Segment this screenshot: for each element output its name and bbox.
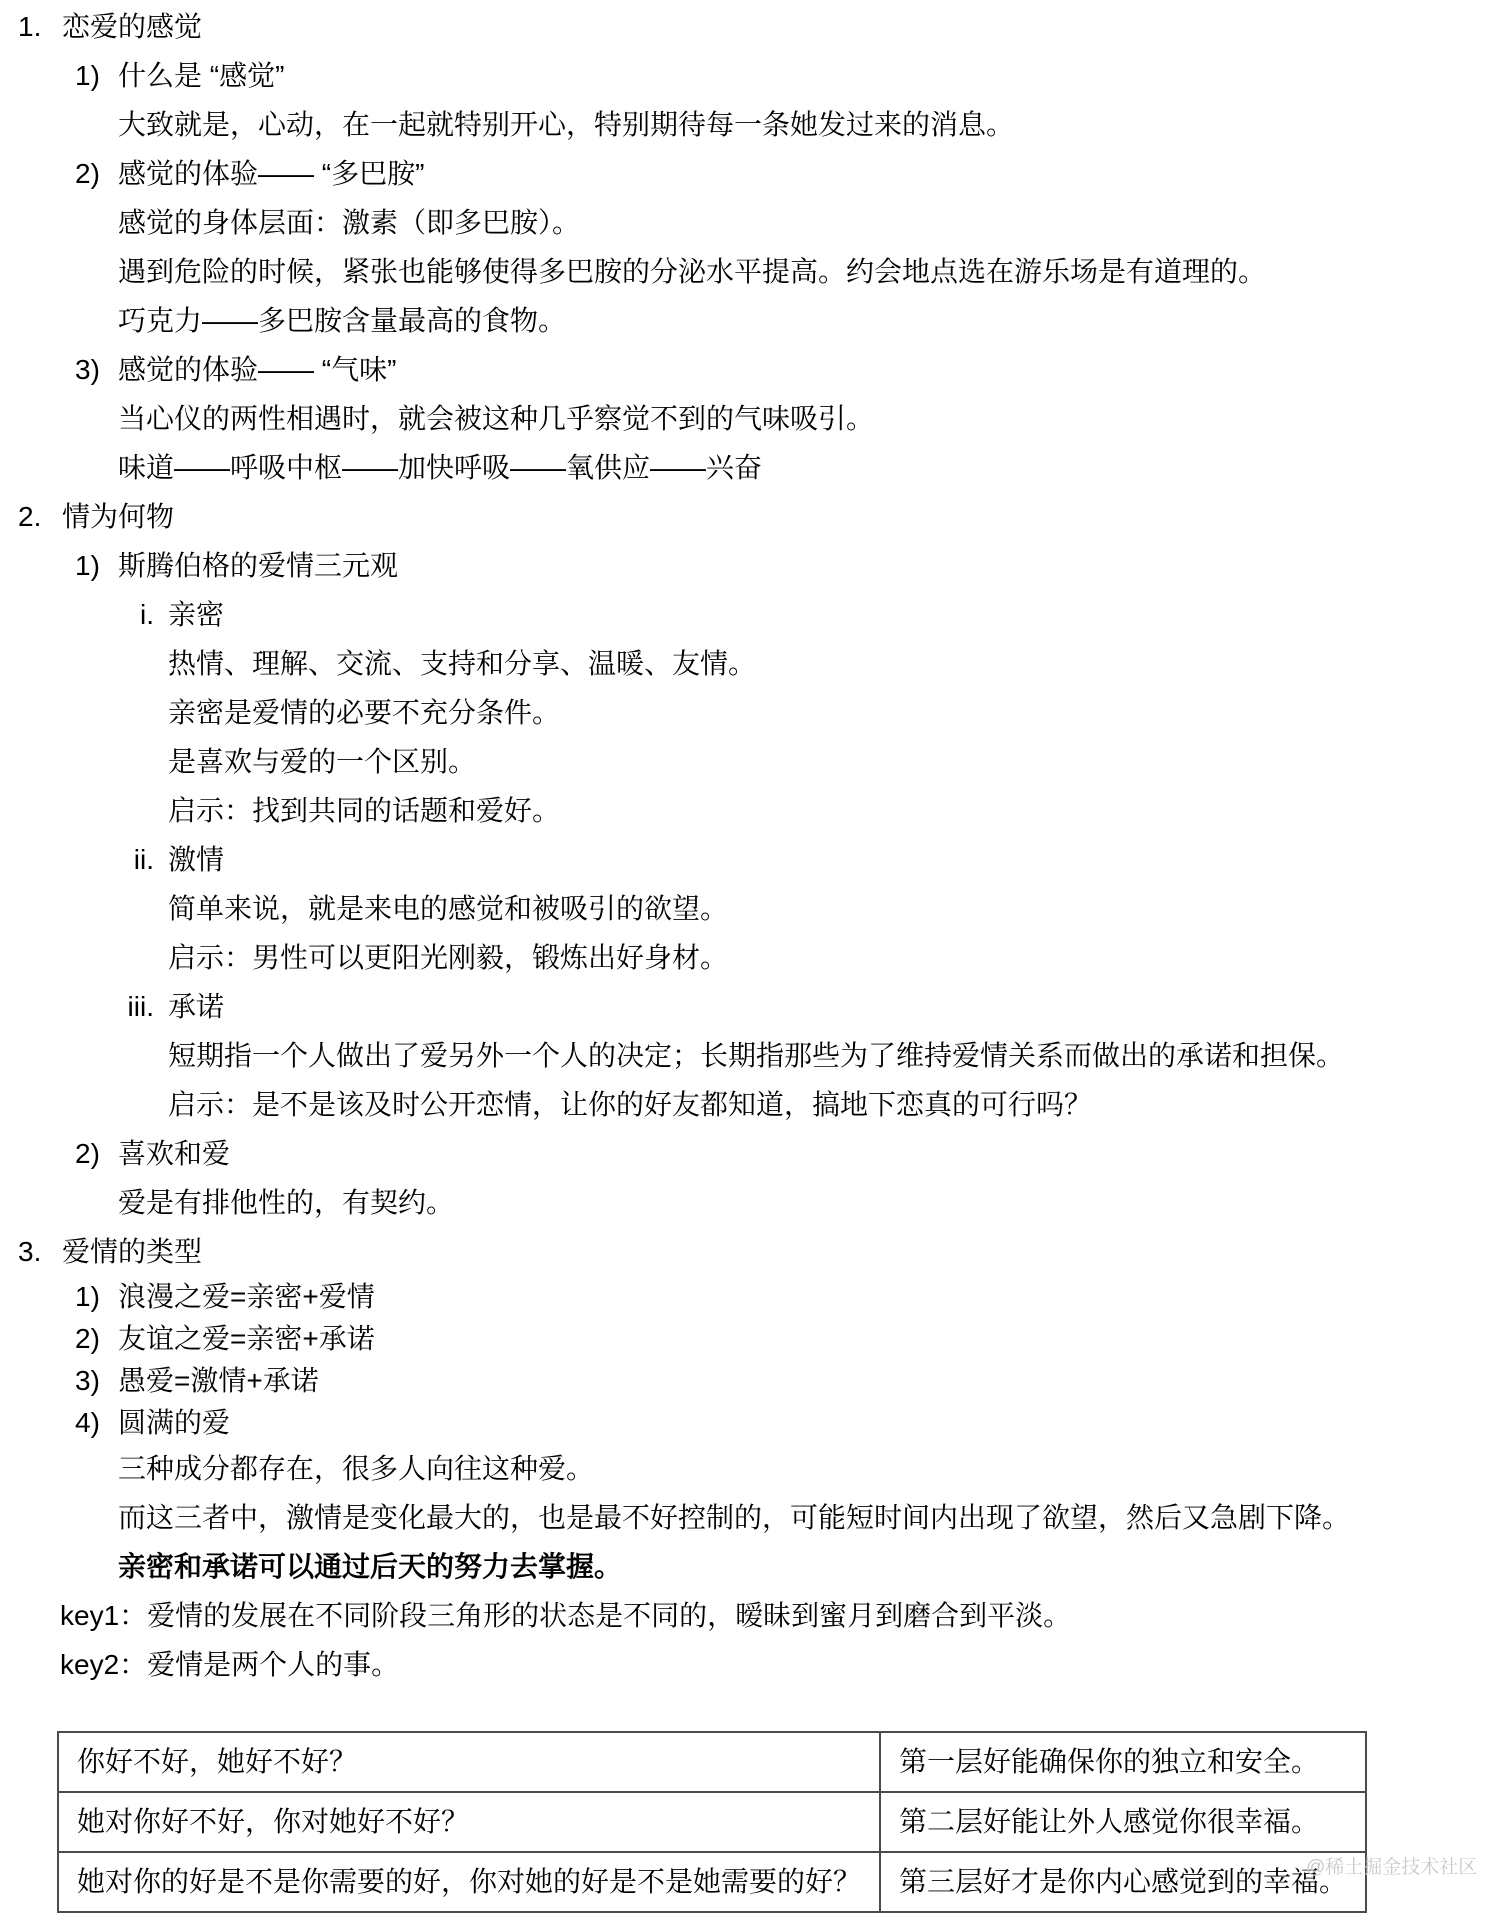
list-marker: 3) (75, 345, 118, 394)
outline-line: 1)浪漫之爱=亲密+爱情 (0, 1276, 1512, 1318)
list-marker: 1. (18, 2, 62, 51)
outline-line: 3)愚爱=激情+承诺 (0, 1360, 1512, 1402)
table-row: 你好不好，她好不好？第一层好能确保你的独立和安全。 (58, 1732, 1366, 1792)
table-cell: 第一层好能确保你的独立和安全。 (880, 1732, 1366, 1792)
outline-text: key2：爱情是两个人的事。 (60, 1640, 399, 1689)
outline-line: 简单来说，就是来电的感觉和被吸引的欲望。 (0, 884, 1512, 933)
list-marker: 1) (75, 1276, 118, 1318)
outline-line: 2)友谊之爱=亲密+承诺 (0, 1318, 1512, 1360)
outline-line: 当心仪的两性相遇时，就会被这种几乎察觉不到的气味吸引。 (0, 394, 1512, 443)
outline-line: 启示：男性可以更阳光刚毅，锻炼出好身材。 (0, 933, 1512, 982)
outline-line: 大致就是，心动，在一起就特别开心，特别期待每一条她发过来的消息。 (0, 100, 1512, 149)
list-marker: iii. (118, 982, 154, 1031)
outline-text: 斯腾伯格的爱情三元观 (118, 541, 398, 590)
outline-line: 启示：找到共同的话题和爱好。 (0, 786, 1512, 835)
outline-text: 感觉的体验—— “气味” (118, 345, 396, 394)
table-cell: 第三层好才是你内心感觉到的幸福。 (880, 1852, 1366, 1912)
outline-line: 1)斯腾伯格的爱情三元观 (0, 541, 1512, 590)
outline-text: 愚爱=激情+承诺 (118, 1360, 319, 1402)
outline-line: 遇到危险的时候，紧张也能够使得多巴胺的分泌水平提高。约会地点选在游乐场是有道理的… (0, 247, 1512, 296)
outline-line: 味道——呼吸中枢——加快呼吸——氧供应——兴奋 (0, 443, 1512, 492)
outline-text: 激情 (168, 835, 224, 884)
table-cell: 她对你好不好，你对她好不好？ (58, 1792, 880, 1852)
outline-line: iii.承诺 (0, 982, 1512, 1031)
outline-line: 4)圆满的爱 (0, 1402, 1512, 1444)
outline-text: 启示：找到共同的话题和爱好。 (168, 786, 560, 835)
outline-line: 3)感觉的体验—— “气味” (0, 345, 1512, 394)
outline-text: 什么是 “感觉” (118, 51, 284, 100)
outline-line: 2)喜欢和爱 (0, 1129, 1512, 1178)
outline-line: key2：爱情是两个人的事。 (0, 1640, 1512, 1689)
list-marker: 3) (75, 1360, 118, 1402)
outline-text: 亲密 (168, 590, 224, 639)
outline-line: 2)感觉的体验—— “多巴胺” (0, 149, 1512, 198)
outline-text: 启示：是不是该及时公开恋情，让你的好友都知道，搞地下恋真的可行吗？ (168, 1080, 1092, 1129)
list-marker: 1) (75, 51, 118, 100)
outline-line: 1.恋爱的感觉 (0, 2, 1512, 51)
outline-text: 而这三者中，激情是变化最大的，也是最不好控制的，可能短时间内出现了欲望，然后又急… (118, 1493, 1350, 1542)
outline-text: 当心仪的两性相遇时，就会被这种几乎察觉不到的气味吸引。 (118, 394, 874, 443)
outline-line: i.亲密 (0, 590, 1512, 639)
table-cell: 第二层好能让外人感觉你很幸福。 (880, 1792, 1366, 1852)
outline-text: 遇到危险的时候，紧张也能够使得多巴胺的分泌水平提高。约会地点选在游乐场是有道理的… (118, 247, 1266, 296)
outline-line: 巧克力——多巴胺含量最高的食物。 (0, 296, 1512, 345)
outline-line: 2.情为何物 (0, 492, 1512, 541)
outline-text: 味道——呼吸中枢——加快呼吸——氧供应——兴奋 (118, 443, 762, 492)
outline-line: 亲密和承诺可以通过后天的努力去掌握。 (0, 1542, 1512, 1591)
outline-line: 3.爱情的类型 (0, 1227, 1512, 1276)
outline-text: 感觉的身体层面：激素（即多巴胺）。 (118, 198, 580, 247)
outline-text: 友谊之爱=亲密+承诺 (118, 1318, 375, 1360)
list-marker: 2) (75, 149, 118, 198)
outline-text: 爱情的类型 (62, 1227, 202, 1276)
outline-text: 是喜欢与爱的一个区别。 (168, 737, 476, 786)
table-cell: 你好不好，她好不好？ (58, 1732, 880, 1792)
outline-text: 启示：男性可以更阳光刚毅，锻炼出好身材。 (168, 933, 728, 982)
outline-text: 喜欢和爱 (118, 1129, 230, 1178)
list-marker: ii. (118, 835, 154, 884)
outline-text: 亲密是爱情的必要不充分条件。 (168, 688, 560, 737)
outline-line: 启示：是不是该及时公开恋情，让你的好友都知道，搞地下恋真的可行吗？ (0, 1080, 1512, 1129)
outline-line: 是喜欢与爱的一个区别。 (0, 737, 1512, 786)
watermark: @稀土掘金技术社区 (1306, 1852, 1477, 1879)
outline-text: 三种成分都存在，很多人向往这种爱。 (118, 1444, 594, 1493)
outline-text: 恋爱的感觉 (62, 2, 202, 51)
list-marker: i. (118, 590, 154, 639)
table-cell: 她对你的好是不是你需要的好，你对她的好是不是她需要的好？ (58, 1852, 880, 1912)
outline-line: key1：爱情的发展在不同阶段三角形的状态是不同的，暧昧到蜜月到磨合到平淡。 (0, 1591, 1512, 1640)
outline: 1.恋爱的感觉1)什么是 “感觉”大致就是，心动，在一起就特别开心，特别期待每一… (0, 0, 1512, 1689)
outline-line: 1)什么是 “感觉” (0, 51, 1512, 100)
three-levels-table: 你好不好，她好不好？第一层好能确保你的独立和安全。她对你好不好，你对她好不好？第… (57, 1731, 1367, 1913)
list-marker: 1) (75, 541, 118, 590)
outline-text: key1：爱情的发展在不同阶段三角形的状态是不同的，暧昧到蜜月到磨合到平淡。 (60, 1591, 1071, 1640)
outline-text: 简单来说，就是来电的感觉和被吸引的欲望。 (168, 884, 728, 933)
outline-line: 而这三者中，激情是变化最大的，也是最不好控制的，可能短时间内出现了欲望，然后又急… (0, 1493, 1512, 1542)
list-marker: 3. (18, 1227, 62, 1276)
outline-text: 热情、理解、交流、支持和分享、温暖、友情。 (168, 639, 756, 688)
notes-page: 1.恋爱的感觉1)什么是 “感觉”大致就是，心动，在一起就特别开心，特别期待每一… (0, 0, 1512, 1922)
outline-line: ii.激情 (0, 835, 1512, 884)
list-marker: 4) (75, 1402, 118, 1444)
table-row: 她对你的好是不是你需要的好，你对她的好是不是她需要的好？第三层好才是你内心感觉到… (58, 1852, 1366, 1912)
outline-line: 短期指一个人做出了爱另外一个人的决定；长期指那些为了维持爱情关系而做出的承诺和担… (0, 1031, 1512, 1080)
table-body: 你好不好，她好不好？第一层好能确保你的独立和安全。她对你好不好，你对她好不好？第… (58, 1732, 1366, 1912)
outline-text: 感觉的体验—— “多巴胺” (118, 149, 424, 198)
outline-text: 承诺 (168, 982, 224, 1031)
list-marker: 2. (18, 492, 62, 541)
outline-text: 浪漫之爱=亲密+爱情 (118, 1276, 375, 1318)
outline-line: 亲密是爱情的必要不充分条件。 (0, 688, 1512, 737)
outline-text: 爱是有排他性的，有契约。 (118, 1178, 454, 1227)
outline-line: 感觉的身体层面：激素（即多巴胺）。 (0, 198, 1512, 247)
list-marker: 2) (75, 1318, 118, 1360)
list-marker: 2) (75, 1129, 118, 1178)
outline-line: 爱是有排他性的，有契约。 (0, 1178, 1512, 1227)
table-row: 她对你好不好，你对她好不好？第二层好能让外人感觉你很幸福。 (58, 1792, 1366, 1852)
outline-text: 大致就是，心动，在一起就特别开心，特别期待每一条她发过来的消息。 (118, 100, 1014, 149)
outline-line: 热情、理解、交流、支持和分享、温暖、友情。 (0, 639, 1512, 688)
outline-text: 圆满的爱 (118, 1402, 230, 1444)
outline-text: 短期指一个人做出了爱另外一个人的决定；长期指那些为了维持爱情关系而做出的承诺和担… (168, 1031, 1344, 1080)
outline-text: 情为何物 (62, 492, 174, 541)
outline-text: 巧克力——多巴胺含量最高的食物。 (118, 296, 566, 345)
outline-line: 三种成分都存在，很多人向往这种爱。 (0, 1444, 1512, 1493)
outline-text: 亲密和承诺可以通过后天的努力去掌握。 (118, 1542, 622, 1591)
